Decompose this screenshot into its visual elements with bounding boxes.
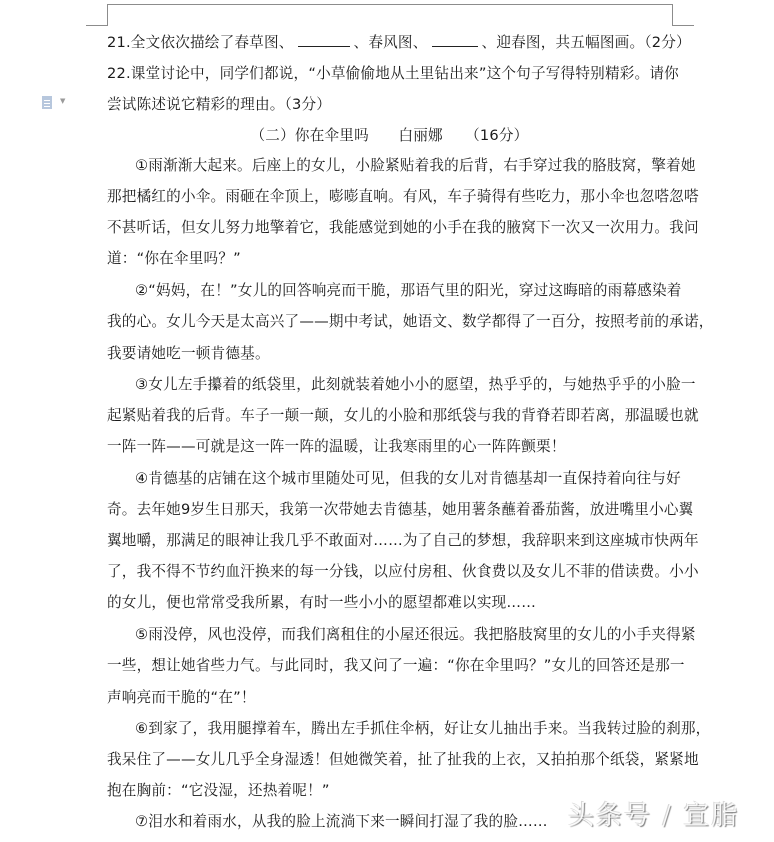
q21-blank-2[interactable] <box>432 32 478 47</box>
paragraph-line: ⑥到家了，我用腿撑着车，腾出左手抓住伞柄，好让女儿抽出手来。当我转过脸的刹那， <box>135 713 710 744</box>
paragraph-line: 我呆住了——女儿几乎全身湿透！但她微笑着，扯了扯我的上衣，又拍拍那个纸袋，紧紧地 <box>107 744 699 775</box>
question-21: 21.全文依次描绘了春草图、、春风图、、迎春图，共五幅图画。（2分） <box>107 27 691 58</box>
question-22-line-1: 22.课堂讨论中，同学们都说，“小草偷偷地从土里钻出来”这个句子写得特别精彩。请… <box>107 58 679 89</box>
paragraph-line: 的女儿，便也常常受我所累，有时一些小小的愿望都难以实现…… <box>107 587 536 618</box>
paragraph-line: 那把橘红的小伞。雨砸在伞顶上，嘭嘭直响。有风，车子骑得有些吃力，那小伞也忽嗒忽嗒 <box>107 181 699 212</box>
watermark: 头条号 / 宣脂 <box>568 795 739 832</box>
q21-prefix: 21.全文依次描绘了春草图、 <box>107 34 294 51</box>
paragraph-line: 道：“你在伞里吗？” <box>107 243 241 274</box>
paragraph-line: ②“妈妈，在！”女儿的回答响亮而干脆，那语气里的阳光，穿过这晦暗的雨幕感染着 <box>135 275 682 306</box>
document-icon[interactable] <box>42 96 52 109</box>
paragraph-line: 我要请她吃一顿肯德基。 <box>107 338 270 369</box>
paragraph-line: ⑦泪水和着雨水，从我的脸上流淌下来一瞬间打湿了我的脸…… <box>135 806 548 837</box>
paragraph-line: ④肯德基的店铺在这个城市里随处可见，但我的女儿对肯德基却一直保持着向往与好 <box>135 463 681 494</box>
paragraph-line: 抱在胸前：“它没湿，还热着呢！” <box>107 775 330 806</box>
paragraph-line: ①雨渐渐大起来。后座上的女儿，小脸紧贴着我的后背，右手穿过我的胳肢窝，擎着她 <box>135 150 696 181</box>
q21-suffix: 、迎春图，共五幅图画。（2分） <box>482 34 691 51</box>
paragraph-line: ⑤雨没停，风也没停，而我们离租住的小屋还很远。我把胳肢窝里的女儿的小手夹得紧 <box>135 619 696 650</box>
q21-blank-1[interactable] <box>298 32 350 47</box>
paragraph-line: 翼地嚼，那满足的眼神让我几乎不敢面对……为了自己的梦想，我辞职来到这座城市快两年 <box>107 525 699 556</box>
paragraph-line: 奇。去年她9岁生日那天，我第一次带她去肯德基，她用薯条蘸着番茄酱，放进嘴里小心翼 <box>107 494 693 525</box>
paragraph-line: 起紧贴着我的后背。车子一颠一颠，女儿的小脸和那纸袋与我的背脊若即若离，那温暖也就 <box>107 400 699 431</box>
clipped-header-text: …… <box>240 0 540 2</box>
section-title: （二）你在伞里吗 白丽娜 （16分） <box>107 120 672 151</box>
paragraph-line: 不甚听话，但女儿努力地擎着它，我能感觉到她的小手在我的腋窝下一次又一次用力。我问 <box>107 212 699 243</box>
question-22-line-2: 尝试陈述说它精彩的理由。（3分） <box>107 89 331 120</box>
paragraph-line: 我的心。女儿今天是太高兴了——期中考试，她语文、数学都得了一百分，按照考前的承诺… <box>107 306 714 337</box>
page-margin-left-corner <box>107 4 108 26</box>
page-margin-right-corner <box>672 4 673 26</box>
dropdown-arrow-icon[interactable]: ▼ <box>60 97 65 105</box>
paragraph-line: 一阵一阵——可就是这一阵一阵的温暖，让我寒雨里的心一阵阵颤栗！ <box>107 431 566 462</box>
page-margin-top-line <box>108 4 673 5</box>
paragraph-line: 了，我不得不节约血汗换来的每一分钱，以应付房租、伙食费以及女儿不菲的借读费。小小 <box>107 556 699 587</box>
page-margin-right-mark <box>672 25 694 26</box>
q21-middle: 、春风图、 <box>354 34 428 51</box>
paragraph-line: 声响亮而干脆的“在”！ <box>107 682 256 713</box>
paragraph-line: 一些，想让她省些力气。与此同时，我又问了一遍：“你在伞里吗？”女儿的回答还是那一 <box>107 650 685 681</box>
paragraph-line: ③女儿左手攥着的纸袋里，此刻就装着她小小的愿望，热乎乎的，与她热乎乎的小脸一 <box>135 369 696 400</box>
page-margin-left-mark <box>86 25 108 26</box>
